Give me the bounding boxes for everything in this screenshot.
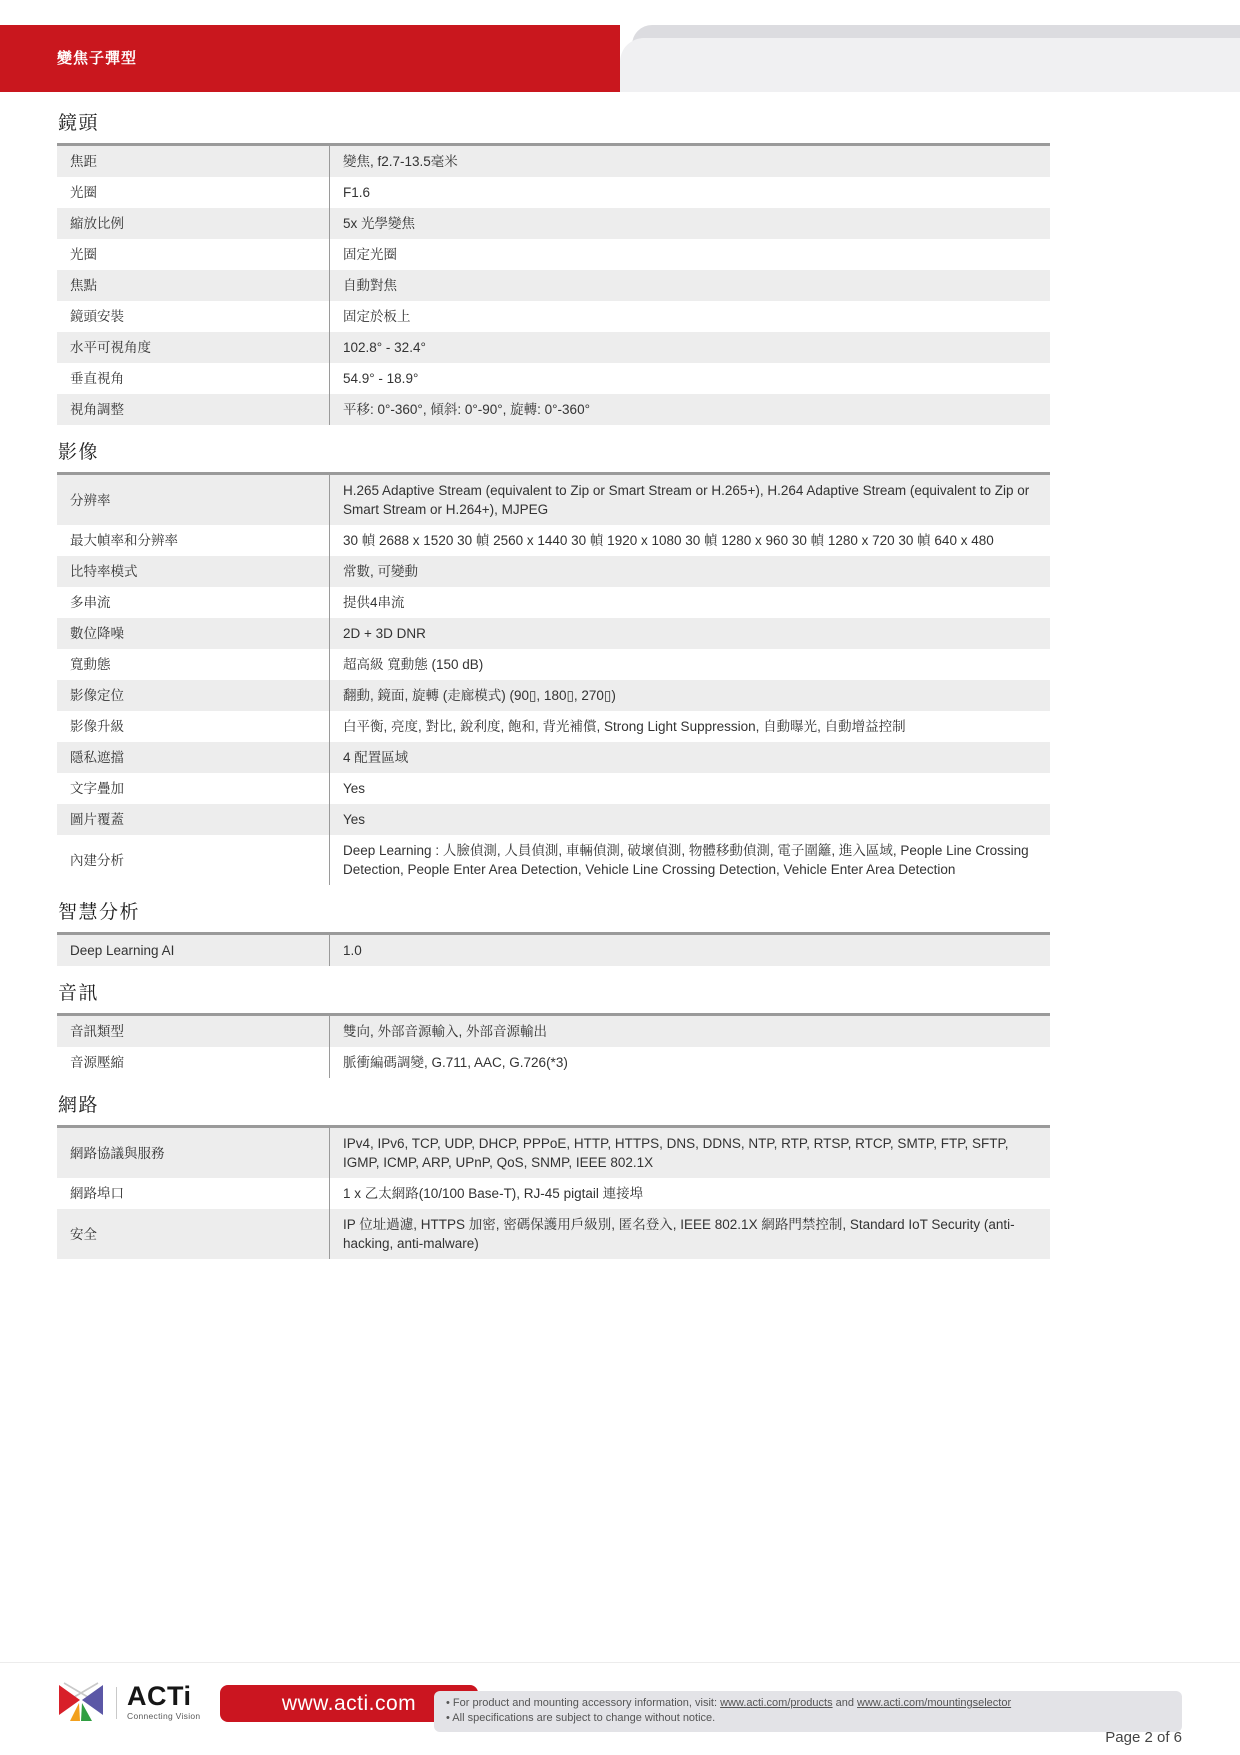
- spec-value: 30 幀 2688 x 1520 30 幀 2560 x 1440 30 幀 1…: [330, 525, 1051, 556]
- spec-row: 影像升級白平衡, 亮度, 對比, 銳利度, 飽和, 背光補償, Strong L…: [57, 711, 1050, 742]
- spec-label: 水平可視角度: [57, 332, 330, 363]
- spec-table: Deep Learning AI1.0: [57, 932, 1050, 966]
- spec-row: 鏡頭安裝固定於板上: [57, 301, 1050, 332]
- spec-label: 影像升級: [57, 711, 330, 742]
- page-number: Page 2 of 6: [1105, 1729, 1182, 1746]
- spec-row: 比特率模式常數, 可變動: [57, 556, 1050, 587]
- spec-row: Deep Learning AI1.0: [57, 934, 1050, 967]
- spec-label: 最大幀率和分辨率: [57, 525, 330, 556]
- spec-row: 垂直視角54.9° - 18.9°: [57, 363, 1050, 394]
- spec-value: IPv4, IPv6, TCP, UDP, DHCP, PPPoE, HTTP,…: [330, 1127, 1051, 1179]
- spec-row: 最大幀率和分辨率30 幀 2688 x 1520 30 幀 2560 x 144…: [57, 525, 1050, 556]
- spec-value: 白平衡, 亮度, 對比, 銳利度, 飽和, 背光補償, Strong Light…: [330, 711, 1051, 742]
- spec-value: 常數, 可變動: [330, 556, 1051, 587]
- top-banner: 變焦子彈型: [0, 25, 1240, 92]
- note1-mid: and: [833, 1697, 857, 1709]
- spec-section: 影像分辨率H.265 Adaptive Stream (equivalent t…: [57, 440, 1050, 885]
- spec-label: 圖片覆蓋: [57, 804, 330, 835]
- spec-table: 音訊類型雙向, 外部音源輸入, 外部音源輸出音源壓縮脈衝編碼調變, G.711,…: [57, 1013, 1050, 1078]
- spec-value: Yes: [330, 773, 1051, 804]
- spec-label: 網路協議與服務: [57, 1127, 330, 1179]
- spec-value: 自動對焦: [330, 270, 1051, 301]
- spec-row: 視角調整平移: 0°-360°, 傾斜: 0°-90°, 旋轉: 0°-360°: [57, 394, 1050, 425]
- section-title: 鏡頭: [58, 111, 1050, 137]
- spec-section: 音訊音訊類型雙向, 外部音源輸入, 外部音源輸出音源壓縮脈衝編碼調變, G.71…: [57, 981, 1050, 1078]
- banner-tab-light: [620, 38, 1240, 92]
- spec-value: IP 位址過濾, HTTPS 加密, 密碼保護用戶級別, 匿名登入, IEEE …: [330, 1209, 1051, 1259]
- footer-notes-box: • For product and mounting accessory inf…: [434, 1691, 1182, 1732]
- logo-separator: [116, 1687, 117, 1719]
- brand-name: ACTi: [127, 1682, 200, 1710]
- spec-row: 多串流提供4串流: [57, 587, 1050, 618]
- spec-label: 文字疊加: [57, 773, 330, 804]
- brand-block: ACTi Connecting Vision: [127, 1682, 200, 1721]
- spec-section: 智慧分析Deep Learning AI1.0: [57, 900, 1050, 966]
- spec-row: 隱私遮擋4 配置區域: [57, 742, 1050, 773]
- spec-label: 垂直視角: [57, 363, 330, 394]
- spec-value: 變焦, f2.7-13.5毫米: [330, 145, 1051, 178]
- spec-label: 分辨率: [57, 474, 330, 526]
- brand-tagline: Connecting Vision: [127, 1711, 200, 1721]
- spec-row: 文字疊加Yes: [57, 773, 1050, 804]
- spec-label: 數位降噪: [57, 618, 330, 649]
- spec-label: 多串流: [57, 587, 330, 618]
- spec-value: 脈衝編碼調變, G.711, AAC, G.726(*3): [330, 1047, 1051, 1078]
- products-link[interactable]: www.acti.com/products: [720, 1697, 832, 1709]
- spec-label: 音訊類型: [57, 1015, 330, 1048]
- section-title: 音訊: [58, 981, 1050, 1007]
- spec-row: 網路協議與服務IPv4, IPv6, TCP, UDP, DHCP, PPPoE…: [57, 1127, 1050, 1179]
- spec-value: 2D + 3D DNR: [330, 618, 1051, 649]
- spec-row: 光圈固定光圈: [57, 239, 1050, 270]
- spec-row: 音源壓縮脈衝編碼調變, G.711, AAC, G.726(*3): [57, 1047, 1050, 1078]
- spec-row: 焦距變焦, f2.7-13.5毫米: [57, 145, 1050, 178]
- spec-value: Yes: [330, 804, 1051, 835]
- spec-value: 1 x 乙太網路(10/100 Base-T), RJ-45 pigtail 連…: [330, 1178, 1051, 1209]
- banner-title: 變焦子彈型: [57, 25, 137, 92]
- spec-table: 網路協議與服務IPv4, IPv6, TCP, UDP, DHCP, PPPoE…: [57, 1125, 1050, 1259]
- spec-row: 焦點自動對焦: [57, 270, 1050, 301]
- spec-label: 視角調整: [57, 394, 330, 425]
- note1-prefix: • For product and mounting accessory inf…: [446, 1697, 720, 1709]
- acti-butterfly-logo-icon: [57, 1680, 105, 1724]
- spec-row: 音訊類型雙向, 外部音源輸入, 外部音源輸出: [57, 1015, 1050, 1048]
- spec-section: 網路網路協議與服務IPv4, IPv6, TCP, UDP, DHCP, PPP…: [57, 1093, 1050, 1259]
- spec-value: 54.9° - 18.9°: [330, 363, 1051, 394]
- spec-value: Deep Learning : 人臉偵測, 人員偵測, 車輛偵測, 破壞偵測, …: [330, 835, 1051, 885]
- spec-sections: 鏡頭焦距變焦, f2.7-13.5毫米光圈F1.6縮放比例5x 光學變焦光圈固定…: [57, 92, 1050, 1259]
- spec-label: 內建分析: [57, 835, 330, 885]
- spec-label: 寬動態: [57, 649, 330, 680]
- spec-table: 焦距變焦, f2.7-13.5毫米光圈F1.6縮放比例5x 光學變焦光圈固定光圈…: [57, 143, 1050, 425]
- footer-note-2: • All specifications are subject to chan…: [446, 1711, 1170, 1726]
- spec-value: 4 配置區域: [330, 742, 1051, 773]
- spec-row: 內建分析Deep Learning : 人臉偵測, 人員偵測, 車輛偵測, 破壞…: [57, 835, 1050, 885]
- spec-label: 安全: [57, 1209, 330, 1259]
- spec-label: 光圈: [57, 177, 330, 208]
- spec-row: 水平可視角度102.8° - 32.4°: [57, 332, 1050, 363]
- footer-note-1: • For product and mounting accessory inf…: [446, 1696, 1170, 1711]
- spec-value: 平移: 0°-360°, 傾斜: 0°-90°, 旋轉: 0°-360°: [330, 394, 1051, 425]
- spec-label: 音源壓縮: [57, 1047, 330, 1078]
- spec-value: 固定於板上: [330, 301, 1051, 332]
- spec-value: 雙向, 外部音源輸入, 外部音源輸出: [330, 1015, 1051, 1048]
- spec-label: 隱私遮擋: [57, 742, 330, 773]
- spec-section: 鏡頭焦距變焦, f2.7-13.5毫米光圈F1.6縮放比例5x 光學變焦光圈固定…: [57, 111, 1050, 425]
- spec-label: 鏡頭安裝: [57, 301, 330, 332]
- spec-row: 網路埠口1 x 乙太網路(10/100 Base-T), RJ-45 pigta…: [57, 1178, 1050, 1209]
- spec-table: 分辨率H.265 Adaptive Stream (equivalent to …: [57, 472, 1050, 885]
- spec-value: H.265 Adaptive Stream (equivalent to Zip…: [330, 474, 1051, 526]
- spec-value: 翻動, 鏡面, 旋轉 (走廊模式) (90▯, 180▯, 270▯): [330, 680, 1051, 711]
- spec-row: 光圈F1.6: [57, 177, 1050, 208]
- spec-row: 影像定位翻動, 鏡面, 旋轉 (走廊模式) (90▯, 180▯, 270▯): [57, 680, 1050, 711]
- spec-value: 超高級 寬動態 (150 dB): [330, 649, 1051, 680]
- spec-label: 焦點: [57, 270, 330, 301]
- spec-value: F1.6: [330, 177, 1051, 208]
- spec-label: Deep Learning AI: [57, 934, 330, 967]
- mountingselector-link[interactable]: www.acti.com/mountingselector: [857, 1697, 1011, 1709]
- spec-row: 分辨率H.265 Adaptive Stream (equivalent to …: [57, 474, 1050, 526]
- spec-value: 102.8° - 32.4°: [330, 332, 1051, 363]
- spec-label: 影像定位: [57, 680, 330, 711]
- section-title: 網路: [58, 1093, 1050, 1119]
- spec-row: 寬動態超高級 寬動態 (150 dB): [57, 649, 1050, 680]
- spec-label: 光圈: [57, 239, 330, 270]
- page-footer: ACTi Connecting Vision www.acti.com • Fo…: [0, 1662, 1240, 1755]
- spec-row: 安全IP 位址過濾, HTTPS 加密, 密碼保護用戶級別, 匿名登入, IEE…: [57, 1209, 1050, 1259]
- spec-row: 縮放比例5x 光學變焦: [57, 208, 1050, 239]
- spec-row: 數位降噪2D + 3D DNR: [57, 618, 1050, 649]
- spec-label: 網路埠口: [57, 1178, 330, 1209]
- spec-label: 縮放比例: [57, 208, 330, 239]
- section-title: 智慧分析: [58, 900, 1050, 926]
- spec-value: 1.0: [330, 934, 1051, 967]
- section-title: 影像: [58, 440, 1050, 466]
- spec-row: 圖片覆蓋Yes: [57, 804, 1050, 835]
- spec-value: 固定光圈: [330, 239, 1051, 270]
- spec-label: 焦距: [57, 145, 330, 178]
- spec-value: 提供4串流: [330, 587, 1051, 618]
- spec-label: 比特率模式: [57, 556, 330, 587]
- spec-value: 5x 光學變焦: [330, 208, 1051, 239]
